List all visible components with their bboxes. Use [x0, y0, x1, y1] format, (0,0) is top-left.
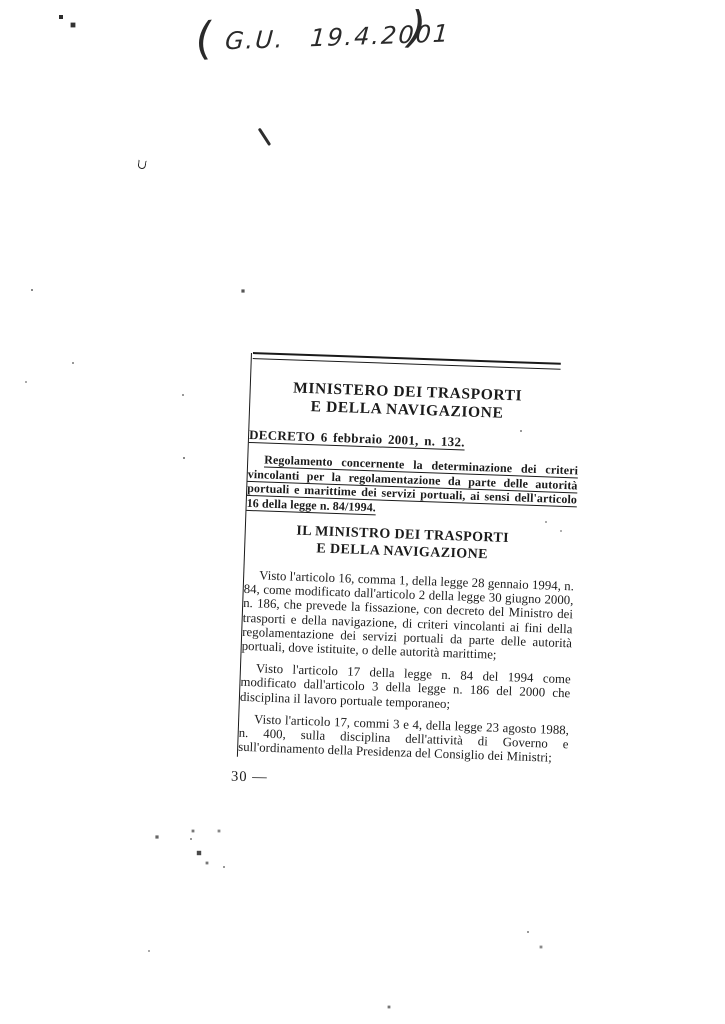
- scan-noise-specks: [0, 0, 2, 2]
- ministry-title: MINISTERO DEI TRASPORTI E DELLA NAVIGAZI…: [250, 378, 565, 425]
- decree-summary: Regolamento concernente la determinazion…: [246, 452, 578, 521]
- body-paragraph: Visto l'articolo 16, comma 1, della legg…: [241, 568, 574, 665]
- handwritten-paren-close: ): [407, 2, 428, 54]
- decree-heading: DECRETO 6 febbraio 2001, n. 132.: [249, 427, 579, 455]
- double-rule: [253, 352, 561, 370]
- pen-stroke-mark: [258, 128, 271, 146]
- ink-blot-mark: [137, 159, 146, 169]
- gazette-column: MINISTERO DEI TRASPORTI E DELLA NAVIGAZI…: [238, 352, 582, 766]
- scanned-page: ( G.U. 19.4.2001 ) MINISTERO DEI TRASPOR…: [0, 0, 725, 1024]
- page-number: 30 —: [231, 769, 268, 787]
- handwritten-paren-open: (: [192, 13, 214, 66]
- body-paragraph: Visto l'articolo 17 della legge n. 84 de…: [240, 661, 571, 715]
- handwritten-annotation: ( G.U. 19.4.2001 ): [192, 2, 444, 71]
- body-paragraph: Visto l'articolo 17, commi 3 e 4, della …: [238, 712, 569, 766]
- issuer-title: IL MINISTRO DEI TRASPORTI E DELLA NAVIGA…: [245, 522, 560, 566]
